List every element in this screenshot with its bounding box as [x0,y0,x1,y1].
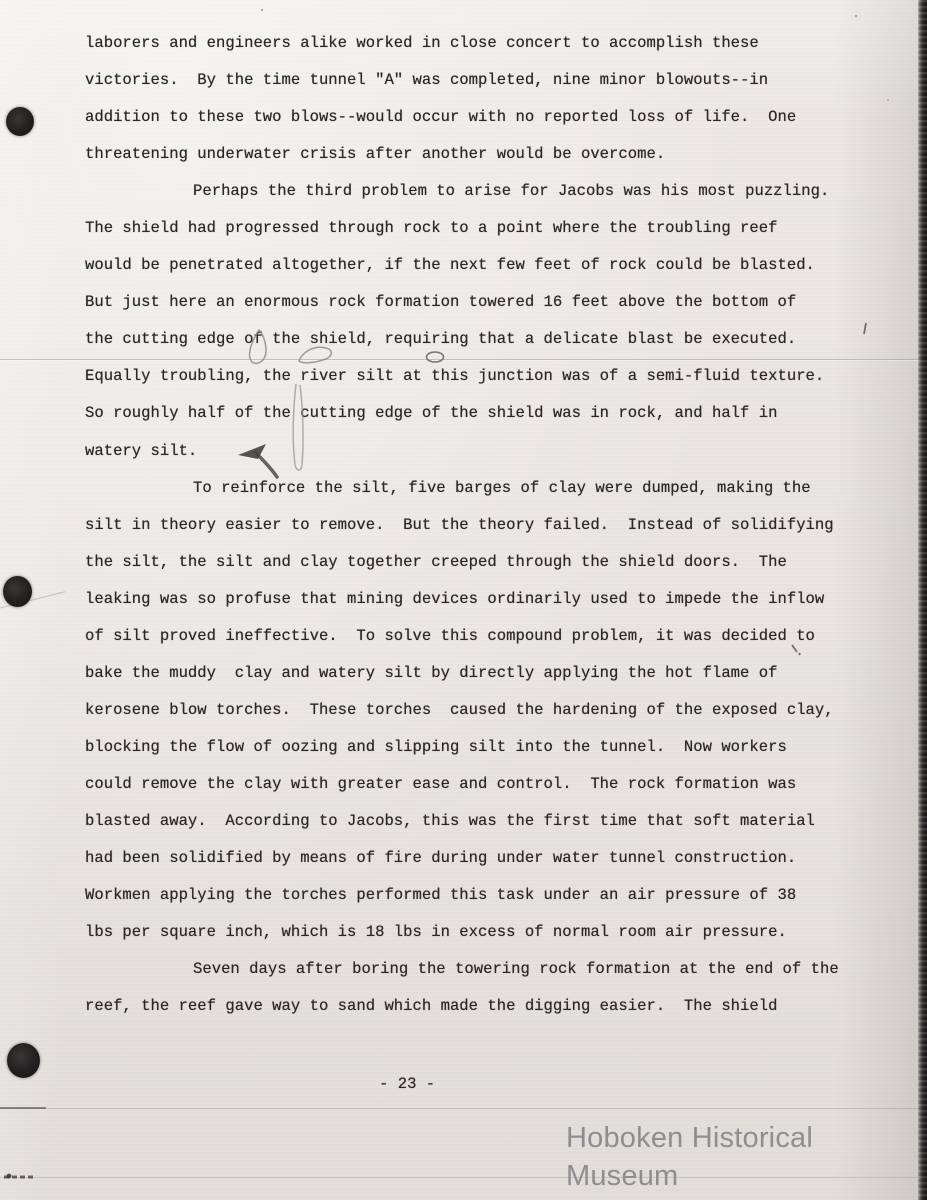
typewritten-text: laborers and engineers alike worked in c… [85,25,885,1025]
watermark: Hoboken Historical Museum [566,1119,927,1195]
text-line: watery silt. [85,433,885,470]
text-line: silt in theory easier to remove. But the… [85,507,885,544]
text-line: the cutting edge of the shield, requirin… [85,321,885,358]
text-line: kerosene blow torches. These torches cau… [85,692,885,729]
text-line: victories. By the time tunnel "A" was co… [85,62,885,99]
text-line: The shield had progressed through rock t… [85,210,885,247]
text-line: laborers and engineers alike worked in c… [85,25,885,62]
punch-hole-top [6,107,34,136]
text-line: bake the muddy clay and watery silt by d… [85,655,885,692]
text-line: had been solidified by means of fire dur… [85,840,885,877]
text-line: Equally troubling, the river silt at thi… [85,358,885,395]
text-line: blocking the flow of oozing and slipping… [85,729,885,766]
text-line: reef, the reef gave way to sand which ma… [85,988,885,1025]
text-line: would be penetrated altogether, if the n… [85,247,885,284]
text-line: So roughly half of the cutting edge of t… [85,395,885,432]
text-line: addition to these two blows--would occur… [85,99,885,136]
text-line: But just here an enormous rock formation… [85,284,885,321]
text-line: Seven days after boring the towering roc… [85,951,885,988]
text-line: Workmen applying the torches performed t… [85,877,885,914]
text-line: To reinforce the silt, five barges of cl… [85,470,885,507]
punch-hole-bottom [7,1043,40,1078]
text-line: leaking was so profuse that mining devic… [85,581,885,618]
text-line: of silt proved ineffective. To solve thi… [85,618,885,655]
punch-hole-middle [3,576,32,607]
text-line: threatening underwater crisis after anot… [85,136,885,173]
page-number: - 23 - [379,1069,435,1099]
scanned-document-page: laborers and engineers alike worked in c… [0,0,927,1200]
text-line: could remove the clay with greater ease … [85,766,885,803]
scan-edge-band [918,0,927,1200]
text-line: blasted away. According to Jacobs, this … [85,803,885,840]
text-line: the silt, the silt and clay together cre… [85,544,885,581]
fold-crease-lower [0,1108,927,1109]
text-line: lbs per square inch, which is 18 lbs in … [85,914,885,951]
fold-crease-lower-dark-segment [0,1107,46,1109]
text-line: Perhaps the third problem to arise for J… [85,173,885,210]
